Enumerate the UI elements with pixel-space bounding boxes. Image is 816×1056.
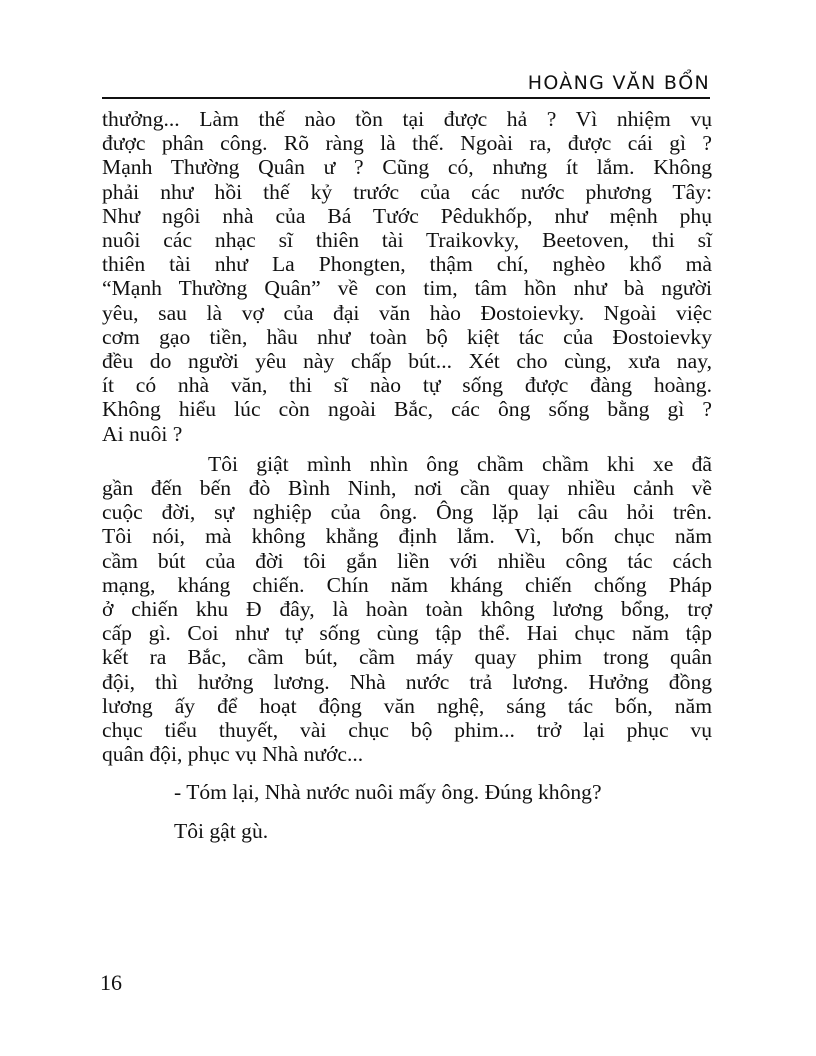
text-line: cấp gì. Coi như tự sống cùng tập thể. Ha… — [102, 621, 712, 645]
text-line: quân đội, phục vụ Nhà nước... — [102, 742, 712, 766]
body-text: thưởng... Làm thế nào tồn tại được hả ? … — [102, 107, 712, 843]
text-line: cuộc đời, sự nghiệp của ông. Ông lặp lại… — [102, 500, 712, 524]
text-line: thiên tài như La Phongten, thậm chí, ngh… — [102, 252, 712, 276]
header-author-name: HOÀNG VĂN BỔN — [528, 72, 710, 94]
text-line: được phân công. Rõ ràng là thế. Ngoài ra… — [102, 131, 712, 155]
text-line: Tôi giật mình nhìn ông chầm chầm khi xe … — [102, 452, 712, 476]
text-line: Không hiểu lúc còn ngoài Bắc, các ông số… — [102, 397, 712, 421]
text-line: chục tiểu thuyết, vài chục bộ phim... tr… — [102, 718, 712, 742]
text-line: Ai nuôi ? — [102, 422, 712, 446]
paragraph-1: thưởng... Làm thế nào tồn tại được hả ? … — [102, 107, 712, 446]
paragraph-2: Tôi giật mình nhìn ông chầm chầm khi xe … — [102, 452, 712, 767]
text-line: ở chiến khu Đ đây, là hoàn toàn không lư… — [102, 597, 712, 621]
text-line: thưởng... Làm thế nào tồn tại được hả ? … — [102, 107, 712, 131]
text-line: đội, thì hưởng lương. Nhà nước trả lương… — [102, 670, 712, 694]
paragraph-gap — [102, 805, 712, 819]
text-line: kết ra Bắc, cầm bút, cầm máy quay phim t… — [102, 645, 712, 669]
header-rule — [102, 97, 710, 99]
running-header: HOÀNG VĂN BỔN — [102, 70, 710, 100]
text-line: lương ấy để hoạt động văn nghệ, sáng tác… — [102, 694, 712, 718]
text-line: phải như hồi thế kỷ trước của các nước p… — [102, 180, 712, 204]
text-line: nuôi các nhạc sĩ thiên tài Traikovky, Be… — [102, 228, 712, 252]
text-line: gần đến bến đò Bình Ninh, nơi cần quay n… — [102, 476, 712, 500]
text-line: yêu, sau là vợ của đại văn hào Đostoievk… — [102, 301, 712, 325]
text-line: Như ngôi nhà của Bá Tước Pêdukhốp, như m… — [102, 204, 712, 228]
text-line: mạng, kháng chiến. Chín năm kháng chiến … — [102, 573, 712, 597]
text-line: Tôi nói, mà không khẳng định lắm. Vì, bố… — [102, 524, 712, 548]
paragraph-gap — [102, 766, 712, 780]
text-line: Mạnh Thường Quân ư ? Cũng có, nhưng ít l… — [102, 155, 712, 179]
text-line: “Mạnh Thường Quân” về con tim, tâm hồn n… — [102, 276, 712, 300]
dialogue-line: Tôi gật gù. — [102, 819, 712, 843]
text-line: cầm bút của đời tôi gắn liền với nhiều c… — [102, 549, 712, 573]
dialogue-line: - Tóm lại, Nhà nước nuôi mấy ông. Đúng k… — [102, 780, 712, 804]
text-line: đều do người yêu này chấp bút... Xét cho… — [102, 349, 712, 373]
text-line: cơm gạo tiền, hầu như toàn bộ kiệt tác c… — [102, 325, 712, 349]
text-line: ít có nhà văn, thi sĩ nào tự sống được đ… — [102, 373, 712, 397]
page-number: 16 — [100, 970, 122, 996]
